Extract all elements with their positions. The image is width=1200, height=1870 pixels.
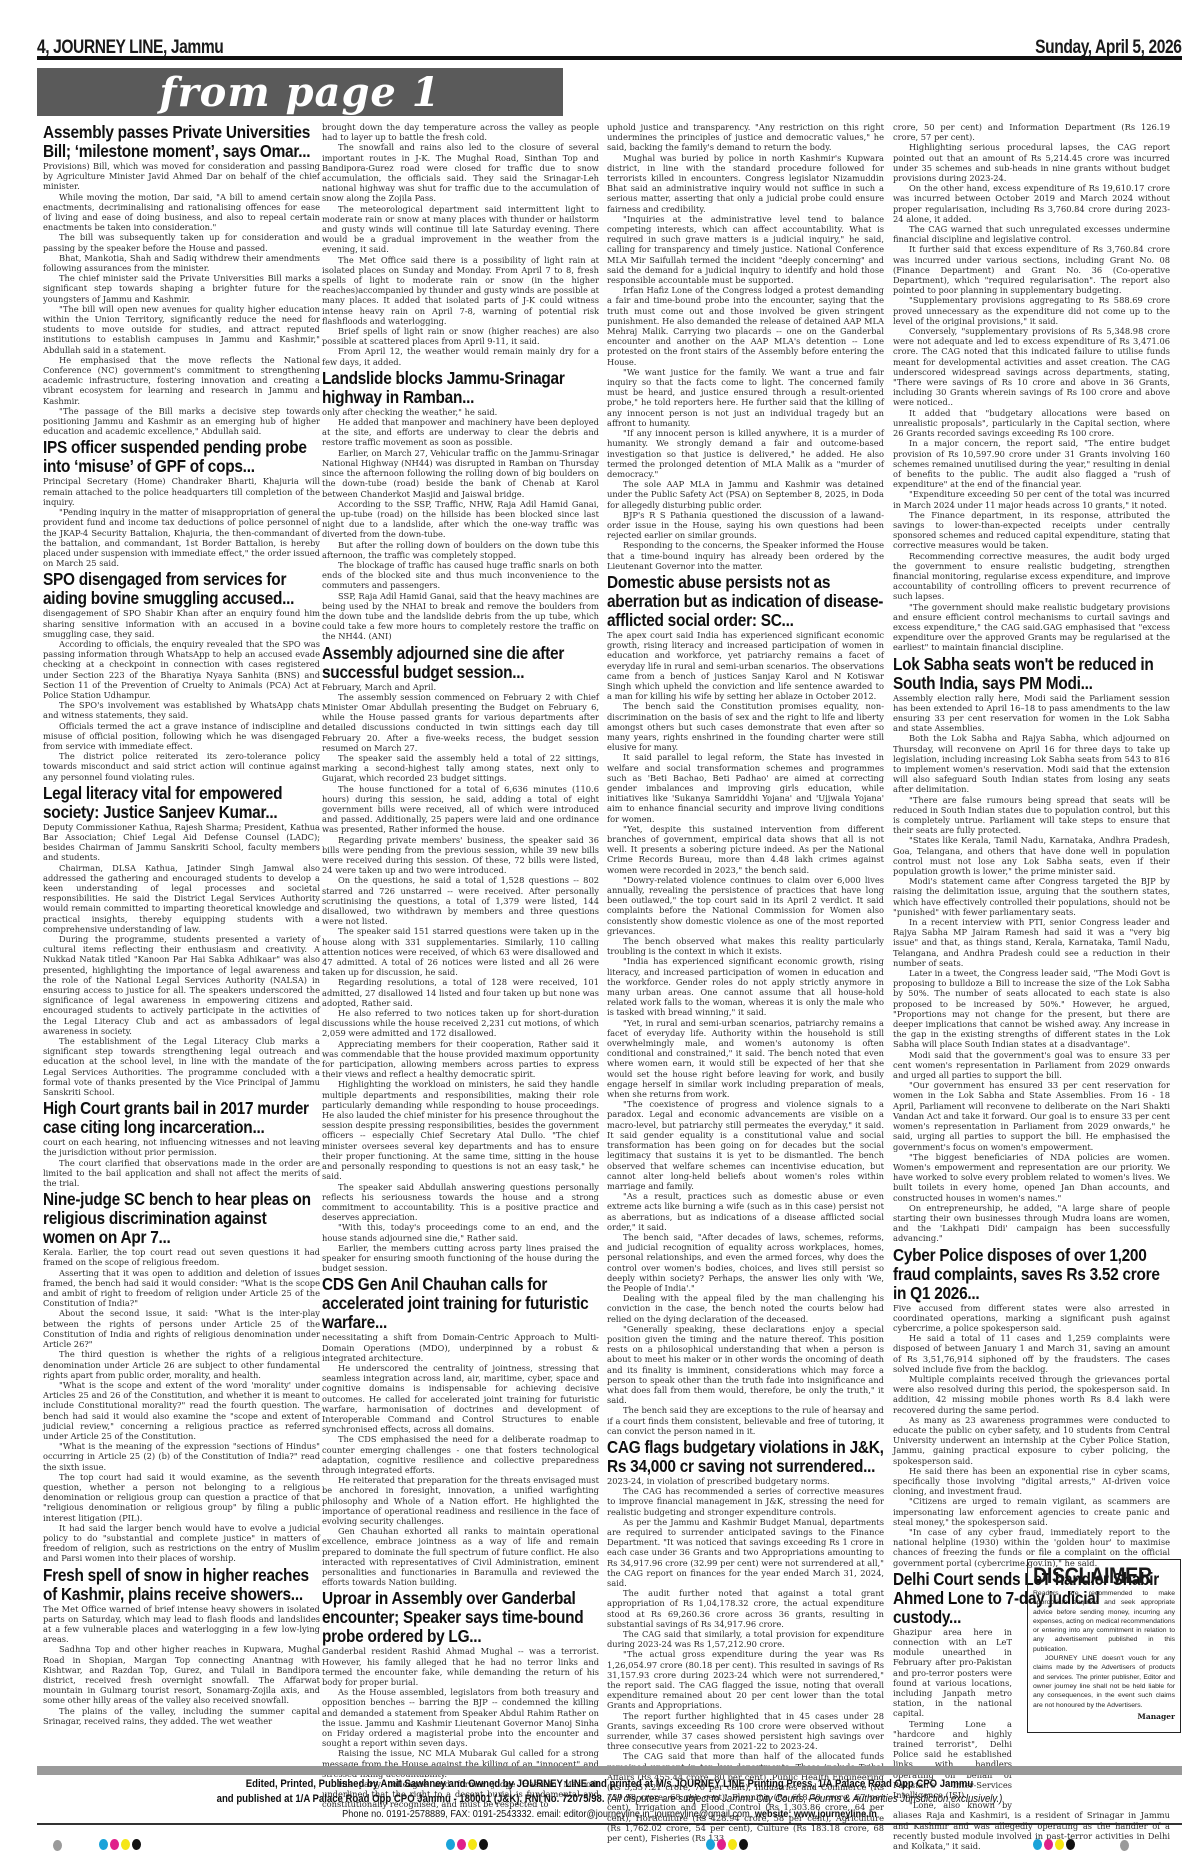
story-paragraph: Officials termed the act a grave instanc…	[43, 721, 320, 752]
yellow-dot-icon	[728, 1839, 737, 1850]
story-paragraph: The Finance department, in its response,…	[893, 510, 1170, 551]
story-paragraph: From April 12, the weather would remain …	[322, 346, 599, 366]
news-story: Domestic abuse persists not as aberratio…	[607, 573, 884, 1436]
story-paragraph: The house functioned for a total of 6,63…	[322, 784, 599, 835]
yellow-dot-icon	[1055, 1839, 1064, 1850]
story-paragraph: The sole AAP MLA in Jammu and Kashmir wa…	[607, 479, 884, 510]
story-paragraph: The district police reiterated its zero-…	[43, 751, 320, 782]
print-line: Edited, Printed, Published by Amit Sawhn…	[37, 1777, 1182, 1822]
story-paragraph: The SPO's involvement was established by…	[43, 700, 320, 720]
story-headline: Legal literacy vital for empowered socie…	[43, 784, 321, 822]
story-paragraph: Gen Chauhan exhorted all ranks to mainta…	[322, 1526, 599, 1587]
story-paragraph: Dealing with the appeal filed by the man…	[607, 1293, 884, 1324]
magenta-dot-icon	[717, 1839, 726, 1850]
story-paragraph: "Yet, in rural and semi-urban scenarios,…	[607, 1018, 884, 1100]
column-4: crore, 50 per cent) and Information Depa…	[893, 122, 1170, 1762]
story-headline: Nine-judge SC bench to hear pleas on rel…	[43, 1190, 321, 1247]
cyan-dot-icon	[99, 1839, 108, 1850]
yellow-dot-icon	[468, 1839, 477, 1850]
story-headline: Assembly passes Private Universities Bil…	[43, 123, 321, 161]
story-headline: CDS Gen Anil Chauhan calls for accelerat…	[322, 1275, 600, 1332]
story-paragraph: brought down the day temperature across …	[322, 122, 599, 142]
story-paragraph: He added that manpower and machinery hav…	[322, 417, 599, 448]
story-paragraph: As many as 23 awareness programmes were …	[893, 1415, 1170, 1466]
story-paragraph: only after checking the weather," he sai…	[322, 407, 599, 417]
story-paragraph: He reiterated that preparation for the t…	[322, 1475, 599, 1526]
story-paragraph: Bhat, Mankotia, Shah and Sadiq withdrew …	[43, 253, 320, 273]
news-story: Cyber Police disposes of over 1,200 frau…	[893, 1246, 1170, 1568]
story-paragraph: It said parallel to legal reform, the St…	[607, 752, 884, 823]
story-paragraph: Recommending corrective measures, the au…	[893, 551, 1170, 602]
story-paragraph: uphold justice and transparency. "Any re…	[607, 122, 884, 153]
story-paragraph: The bench said, "After decades of laws, …	[607, 1232, 884, 1293]
story-paragraph: Conversely, "supplementary provisions of…	[893, 326, 1170, 408]
black-dot-icon	[479, 1839, 488, 1850]
color-registration-marks	[446, 1839, 488, 1850]
news-story: Assembly passes Private Universities Bil…	[43, 123, 320, 436]
story-paragraph: The CDS emphasised the need for a delibe…	[322, 1434, 599, 1475]
story-paragraph: disengagement of SPO Shabir Khan after a…	[43, 608, 320, 639]
story-paragraph: Assembly election rally here, Modi said …	[893, 693, 1170, 734]
story-paragraph: Modi's statement came after Congress tar…	[893, 876, 1170, 917]
story-paragraph: "As a result, practices such as domestic…	[607, 1191, 884, 1232]
column-2: brought down the day temperature across …	[322, 122, 599, 1810]
story-paragraph: "States like Kerala, Tamil Nadu, Karnata…	[893, 835, 1170, 876]
story-paragraph: Appreciating members for their cooperati…	[322, 1039, 599, 1080]
story-headline: Uproar in Assembly over Ganderbal encoun…	[322, 1589, 600, 1646]
story-paragraph: The bench observed what makes this reali…	[607, 936, 884, 956]
yellow-dot-icon	[121, 1839, 130, 1850]
story-paragraph: Asserting that it was open to addition a…	[43, 1268, 320, 1309]
news-story: brought down the day temperature across …	[322, 122, 599, 367]
story-paragraph: court on each hearing, not influencing w…	[43, 1137, 320, 1157]
disclaimer-title: DISCLAIMER	[1033, 1563, 1161, 1589]
story-paragraph: It had said the larger bench would have …	[43, 1523, 320, 1564]
story-headline: Assembly adjourned sine die after succes…	[322, 644, 600, 682]
story-paragraph: SSP, Raja Adil Hamid Ganai, said that th…	[322, 591, 599, 642]
story-paragraph: The blockage of traffic has caused huge …	[322, 560, 599, 591]
story-paragraph: "The passage of the Bill marks a decisiv…	[43, 406, 320, 437]
story-paragraph: "The bill will open new avenues for qual…	[43, 304, 320, 355]
story-paragraph: The bench said the Constitution promises…	[607, 701, 884, 752]
story-paragraph: On the questions, he said a total of 1,5…	[322, 875, 599, 926]
disclaimer-text-1: Readers are recommended to make appropri…	[1033, 1589, 1175, 1654]
story-headline: Lok Sabha seats won't be reduced in Sout…	[893, 655, 1171, 693]
cyan-dot-icon	[1033, 1839, 1042, 1850]
column-3: uphold justice and transparency. "Any re…	[607, 122, 884, 1843]
news-story: Nine-judge SC bench to hear pleas on rel…	[43, 1190, 320, 1563]
story-headline: Cyber Police disposes of over 1,200 frau…	[893, 1246, 1171, 1303]
imprint-line-1: Edited, Printed, Published by Amit Sawhn…	[111, 1777, 1107, 1792]
story-paragraph: Responding to the concerns, the Speaker …	[607, 540, 884, 571]
footer-bar	[37, 1766, 1182, 1775]
news-story: uphold justice and transparency. "Any re…	[607, 122, 884, 571]
column-1: Assembly passes Private Universities Bil…	[43, 121, 320, 1726]
story-paragraph: But after the rolling down of boulders o…	[322, 540, 599, 560]
story-paragraph: February, March and April.	[322, 682, 599, 692]
story-paragraph: "If any innocent person is killed anywhe…	[607, 428, 884, 479]
story-paragraph: The speaker said 151 starred questions w…	[322, 926, 599, 977]
magenta-dot-icon	[110, 1839, 119, 1850]
story-paragraph: The meteorological department said inter…	[322, 204, 599, 255]
story-paragraph: Earlier, on March 27, Vehicular traffic …	[322, 448, 599, 499]
story-paragraph: "There are false rumours being spread th…	[893, 795, 1170, 836]
story-paragraph: As per the Jammu and Kashmir Budget Manu…	[607, 1517, 884, 1588]
story-paragraph: Sadhna Top and other higher reaches in K…	[43, 1644, 320, 1705]
cyan-dot-icon	[706, 1839, 715, 1850]
story-headline: SPO disengaged from services for aiding …	[43, 570, 321, 608]
story-paragraph: Brief spells of light rain or snow (high…	[322, 326, 599, 346]
story-headline: CAG flags budgetary violations in J&K, R…	[607, 1438, 885, 1476]
story-paragraph: Five accused from different states were …	[893, 1303, 1170, 1334]
story-paragraph: "Supplementary provisions aggregating to…	[893, 295, 1170, 326]
story-paragraph: The chief minister said the Private Univ…	[43, 273, 320, 304]
story-paragraph: The CAG has recommended a series of corr…	[607, 1486, 884, 1517]
story-paragraph: During the programme, students presented…	[43, 934, 320, 1036]
story-paragraph: "The biggest beneficiaries of NDA polici…	[893, 1152, 1170, 1203]
story-paragraph: On the other hand, excess expenditure of…	[893, 183, 1170, 224]
story-paragraph: He also referred to two notices taken up…	[322, 1008, 599, 1039]
disclaimer-signature: Manager	[1033, 1712, 1175, 1721]
story-headline: Fresh spell of snow in higher reaches of…	[43, 1566, 321, 1604]
color-registration-marks	[706, 1839, 748, 1850]
story-paragraph: About the second issue, it said: "What i…	[43, 1308, 320, 1349]
imprint-jurisdiction: (All disputes are subject to Jammu City …	[607, 1793, 1002, 1805]
story-headline: IPS officer suspended pending probe into…	[43, 438, 321, 476]
story-paragraph: Regarding private members' business, the…	[322, 835, 599, 876]
story-paragraph: "What is the scope and extent of the wor…	[43, 1380, 320, 1441]
story-paragraph: Deputy Commissioner Kathua, Rajesh Sharm…	[43, 822, 320, 863]
story-paragraph: The third question is whether the rights…	[43, 1349, 320, 1380]
imprint-contact: Phone no. 0191-2578889, FAX: 0191-254333…	[342, 1808, 752, 1820]
news-story: CDS Gen Anil Chauhan calls for accelerat…	[322, 1275, 599, 1587]
section-banner: from page 1	[37, 68, 563, 116]
registration-mark-grey	[1120, 1840, 1129, 1851]
story-paragraph: According to the SSP, Traffic, NHW, Raja…	[322, 499, 599, 540]
story-paragraph: "India has experienced significant econo…	[607, 956, 884, 1017]
story-paragraph: Irfan Hafiz Lone of the Congress lodged …	[607, 285, 884, 367]
story-paragraph: Highlighting serious procedural lapses, …	[893, 142, 1170, 183]
story-paragraph: "We want justice for the family. We want…	[607, 367, 884, 428]
story-paragraph: Provisions) Bill, which was moved for co…	[43, 161, 320, 192]
disclaimer-text-2: JOURNEY LINE doesn't vouch for any claim…	[1033, 1654, 1175, 1710]
imprint-website: website: www.journeyline.in	[755, 1808, 877, 1820]
imprint-address: and published at 1/A Palace Road Opp CPO…	[217, 1793, 605, 1805]
magenta-dot-icon	[1044, 1839, 1053, 1850]
story-paragraph: The Met Office warned of brief intense h…	[43, 1604, 320, 1645]
story-paragraph: "Yet, despite this sustained interventio…	[607, 824, 884, 875]
section-title: from page 1	[159, 69, 440, 116]
story-paragraph: "What is the meaning of the expression "…	[43, 1441, 320, 1472]
news-story: Lok Sabha seats won't be reduced in Sout…	[893, 655, 1170, 1244]
news-story: Assembly adjourned sine die after succes…	[322, 644, 599, 1274]
story-paragraph: Earlier, the members cutting across part…	[322, 1243, 599, 1274]
story-paragraph: The top court had said it would examine,…	[43, 1472, 320, 1523]
story-paragraph: Ganderbal resident Rashid Ahmad Mughal -…	[322, 1646, 599, 1687]
news-story: Legal literacy vital for empowered socie…	[43, 784, 320, 1097]
story-paragraph: The snowfall and rains also led to the c…	[322, 142, 599, 203]
story-paragraph: Highlighting the workload on ministers, …	[322, 1079, 599, 1181]
story-paragraph: The CAG warned that such unregulated exc…	[893, 224, 1170, 244]
story-paragraph: "Generally speaking, these declarations …	[607, 1324, 884, 1406]
story-paragraph: Mughal was buried by police in north Kas…	[607, 153, 884, 214]
story-paragraph: The assembly session commenced on Februa…	[322, 692, 599, 753]
news-story: Fresh spell of snow in higher reaches of…	[43, 1566, 320, 1726]
story-paragraph: On entrepreneurship, he added, "A large …	[893, 1203, 1170, 1244]
cyan-dot-icon	[446, 1839, 455, 1850]
masthead-rule	[37, 56, 1182, 60]
story-paragraph: Modi said that the government's goal was…	[893, 1050, 1170, 1081]
disclaimer-box: DISCLAIMER Readers are recommended to ma…	[1027, 1559, 1181, 1733]
story-paragraph: It added that "budgetary allocations wer…	[893, 408, 1170, 439]
story-paragraph: Regarding resolutions, a total of 128 we…	[322, 977, 599, 1008]
imprint-line-3: Phone no. 0191-2578889, FAX: 0191-254333…	[111, 1807, 1107, 1822]
news-story: High Court grants bail in 2017 murder ca…	[43, 1099, 320, 1188]
story-paragraph: As the House assembled, legislators from…	[322, 1687, 599, 1748]
black-dot-icon	[739, 1839, 748, 1850]
story-paragraph: The bill was subsequently taken up for c…	[43, 232, 320, 252]
news-story: Landslide blocks Jammu-Srinagar highway …	[322, 369, 599, 642]
story-paragraph: BJP's R S Pathania questioned the discus…	[607, 510, 884, 541]
story-headline: Domestic abuse persists not as aberratio…	[607, 573, 885, 630]
story-paragraph: Later in a tweet, the Congress leader sa…	[893, 968, 1170, 1050]
story-paragraph: The Met Office said there is a possibili…	[322, 255, 599, 326]
story-paragraph: The speaker said the assembly held a tot…	[322, 753, 599, 784]
story-paragraph: While moving the motion, Dar said, "A bi…	[43, 192, 320, 233]
news-story: SPO disengaged from services for aiding …	[43, 570, 320, 781]
story-paragraph: "Our government has ensured 33 per cent …	[893, 1080, 1170, 1151]
story-paragraph: 2023-24, in violation of prescribed budg…	[607, 1476, 884, 1486]
story-paragraph: The establishment of the Legal Literacy …	[43, 1036, 320, 1097]
story-paragraph: "Inquiries at the administrative level t…	[607, 214, 884, 285]
story-paragraph: The plains of the valley, including the …	[43, 1706, 320, 1726]
story-paragraph: Kerala. Earlier, the top court read out …	[43, 1247, 320, 1267]
story-paragraph: He said there has been an exponential ri…	[893, 1466, 1170, 1497]
news-story: crore, 50 per cent) and Information Depa…	[893, 122, 1170, 653]
news-story: IPS officer suspended pending probe into…	[43, 438, 320, 568]
story-paragraph: The report further highlighted that in 4…	[607, 1711, 884, 1752]
registration-mark-grey	[53, 1840, 62, 1851]
story-paragraph: "The actual gross expenditure during the…	[607, 1649, 884, 1710]
story-paragraph: The apex court said India has experience…	[607, 630, 884, 701]
story-paragraph: "Citizens are urged to remain vigilant, …	[893, 1496, 1170, 1527]
story-paragraph: The court clarified that observations ma…	[43, 1158, 320, 1189]
story-paragraph: Principal Secretary (Home) Chandraker Bh…	[43, 476, 320, 507]
story-paragraph: "Pending inquiry in the matter of misapp…	[43, 507, 320, 568]
story-paragraph: In a major concern, the report said, "Th…	[893, 438, 1170, 489]
story-headline: Landslide blocks Jammu-Srinagar highway …	[322, 369, 600, 407]
magenta-dot-icon	[457, 1839, 466, 1850]
story-paragraph: He underscored the centrality of jointne…	[322, 1363, 599, 1434]
story-paragraph: Both the Lok Sabha and Rajya Sabha, whic…	[893, 733, 1170, 794]
story-paragraph: It further said that excess expenditure …	[893, 244, 1170, 295]
story-paragraph: The CAG said that similarly, a total pro…	[607, 1629, 884, 1649]
color-registration-marks	[1033, 1839, 1075, 1850]
story-paragraph: The audit further noted that against a t…	[607, 1588, 884, 1629]
story-paragraph: He emphasised that the move reflects the…	[43, 355, 320, 406]
black-dot-icon	[1066, 1839, 1075, 1850]
footer-rule	[37, 1823, 1182, 1825]
story-paragraph: Multiple complaints received through the…	[893, 1374, 1170, 1415]
story-paragraph: necessitating a shift from Domain-Centri…	[322, 1332, 599, 1363]
story-paragraph: The bench said they are exceptions to th…	[607, 1405, 884, 1436]
imprint-line-2: and published at 1/A Palace Road Opp CPO…	[111, 1792, 1107, 1807]
story-paragraph: "Expenditure exceeding 50 per cent of th…	[893, 489, 1170, 509]
story-headline: High Court grants bail in 2017 murder ca…	[43, 1099, 321, 1137]
story-paragraph: The speaker said Abdullah answering ques…	[322, 1182, 599, 1223]
story-paragraph: "Dowry-related violence continues to cla…	[607, 875, 884, 936]
story-paragraph: In a recent interview with PTI, senior C…	[893, 917, 1170, 968]
story-paragraph: crore, 50 per cent) and Information Depa…	[893, 122, 1170, 142]
color-registration-marks	[99, 1839, 141, 1850]
story-paragraph: Chairman, DLSA Kathua, Jatinder Singh Ja…	[43, 863, 320, 934]
story-paragraph: He said a total of 11 cases and 1,259 co…	[893, 1333, 1170, 1374]
story-paragraph: According to officials, the enquiry reve…	[43, 639, 320, 700]
story-paragraph: "The coexistence of progress and violenc…	[607, 1099, 884, 1191]
black-dot-icon	[132, 1839, 141, 1850]
story-paragraph: "The government should make realistic bu…	[893, 602, 1170, 653]
story-paragraph: "With this, today's proceedings come to …	[322, 1222, 599, 1242]
